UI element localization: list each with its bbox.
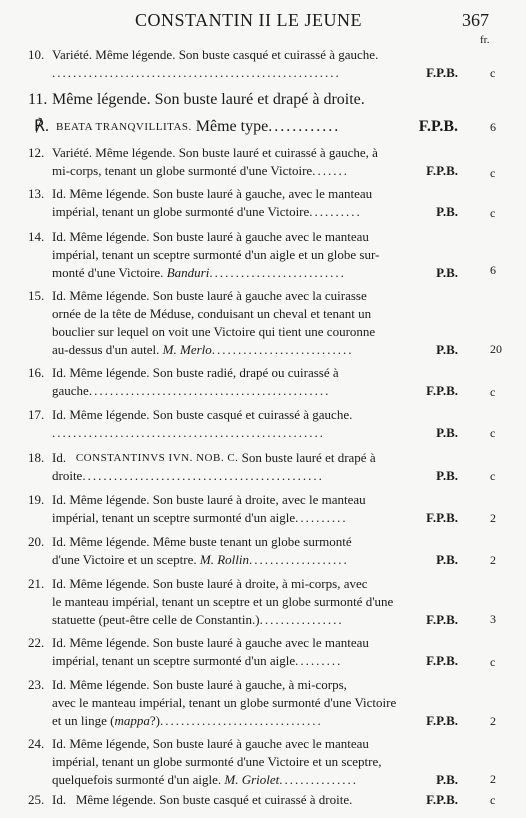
page-header: CONSTANTIN II LE JEUNE 367: [0, 10, 526, 34]
rarity-value: c: [490, 206, 495, 221]
entry-reverse: ℟. BEATA TRANQVILLITAS. Même type.......…: [28, 116, 458, 138]
metal-code: F.P.B.: [426, 611, 458, 629]
entry-number: 17.: [28, 406, 44, 424]
dot-leader: ................: [260, 611, 427, 629]
rarity-value: 3: [490, 612, 496, 627]
entry-10: 10.Variété. Même légende. Son buste casq…: [28, 46, 458, 82]
entry-text: le manteau impérial, tenant un sceptre e…: [52, 593, 393, 611]
source-reference: Banduri: [167, 264, 210, 282]
entry-text: impérial, tenant un sceptre surmonté d'u…: [52, 652, 295, 670]
metal-code: F.P.B.: [426, 382, 458, 400]
dot-leader: ...................: [249, 551, 436, 569]
source-reference: M. Rollin: [200, 551, 249, 569]
entry-25: 25.Id. Même légende. Son buste casqué et…: [28, 791, 458, 809]
entry-19: 19.Id. Même légende. Son buste lauré à d…: [28, 491, 458, 527]
rarity-value: c: [490, 655, 495, 670]
rarity-value: c: [490, 385, 495, 400]
metal-code: F.P.B.: [426, 509, 458, 527]
entry-number: 19.: [28, 491, 44, 509]
entry-12: 12.Variété. Même légende. Son buste laur…: [28, 144, 458, 180]
entry-number: 24.: [28, 735, 44, 753]
rarity-value: c: [490, 66, 495, 81]
metal-code: F.P.B.: [426, 162, 458, 180]
dot-leader: ........................................…: [89, 382, 426, 400]
entry-number: 13.: [28, 185, 44, 203]
rarity-value: 2: [490, 772, 496, 787]
dot-leader: ..........: [295, 509, 426, 527]
entry-text: impérial, tenant un sceptre surmonté d'u…: [52, 246, 379, 264]
dot-leader: ........................................…: [52, 64, 426, 82]
metal-code: F.P.B.: [426, 791, 458, 809]
entry-18: 18.Id. CONSTANTINVS IVN. NOB. C. Son bus…: [28, 449, 458, 485]
entry-text: impérial, tenant un globe surmonté d'une…: [52, 203, 309, 221]
entry-number: 18.: [28, 449, 44, 467]
rarity-value: 6: [490, 120, 496, 135]
entry-14: 14.Id. Même légende. Son buste lauré à g…: [28, 228, 458, 282]
metal-code: F.P.B.: [426, 652, 458, 670]
metal-code: P.B.: [436, 551, 458, 569]
entry-number: 12.: [28, 144, 44, 162]
entry-text: avec le manteau impérial, tenant un glob…: [52, 694, 396, 712]
dot-leader: .......: [312, 162, 426, 180]
rarity-value: 20: [490, 342, 502, 357]
metal-code: F.P.B.: [419, 116, 458, 138]
entry-text: ornée de la tête de Méduse, conduisant u…: [52, 305, 371, 323]
metal-code: P.B.: [436, 264, 458, 282]
dot-leader: ...............................: [160, 712, 426, 730]
entry-text: Variété. Même légende. Son buste lauré e…: [52, 144, 378, 162]
metal-code: P.B.: [436, 203, 458, 221]
entry-16: 16.Id. Même légende. Son buste radié, dr…: [28, 364, 458, 400]
entry-text: Id. Même légende. Son buste lauré à droi…: [52, 575, 368, 593]
dot-leader: ..........................: [209, 264, 436, 282]
metal-code: P.B.: [436, 771, 458, 789]
entry-22: 22.Id. Même légende. Son buste lauré à g…: [28, 634, 458, 670]
legend-text: CONSTANTINVS IVN. NOB. C.: [76, 449, 239, 467]
entry-23: 23.Id. Même légende. Son buste lauré à g…: [28, 676, 458, 730]
page-number: 367: [462, 10, 489, 31]
entry-text: Id. Même légende. Son buste casqué et cu…: [52, 406, 352, 424]
entry-21: 21.Id. Même légende. Son buste lauré à d…: [28, 575, 458, 629]
currency-label: fr.: [480, 34, 489, 46]
metal-code: F.P.B.: [426, 712, 458, 730]
entry-text: au-dessus d'un autel.: [52, 341, 159, 359]
entry-text: droite: [52, 467, 82, 485]
entry-text: quelquefois surmonté d'un aigle.: [52, 771, 221, 789]
rarity-value: 6: [490, 263, 496, 278]
entry-text: Même légende. Son buste lauré et drapé à…: [52, 89, 365, 111]
entry-text: d'une Victoire et un sceptre.: [52, 551, 197, 569]
entry-text: Même type: [196, 116, 268, 138]
entry-24: 24.Id. Même légende, Son buste lauré à g…: [28, 735, 458, 789]
entry-text: Id. Même légende. Son buste lauré à gauc…: [52, 287, 367, 305]
entry-text: Variété. Même légende. Son buste casqué …: [52, 46, 378, 64]
entry-text: Id. Même légende. Son buste radié, drapé…: [52, 364, 339, 382]
entry-number: 11.: [28, 89, 47, 111]
rarity-value: c: [490, 469, 495, 484]
entry-15: 15.Id. Même légende. Son buste lauré à g…: [28, 287, 458, 359]
entry-number: 25.: [28, 791, 44, 809]
rarity-value: c: [490, 426, 495, 441]
entry-13: 13.Id. Même légende. Son buste lauré à g…: [28, 185, 458, 221]
dot-leader: .........: [295, 652, 426, 670]
rarity-value: c: [490, 793, 495, 808]
entry-text: ?): [150, 712, 160, 730]
source-reference: M. Merlo: [163, 341, 212, 359]
dot-leader: ........................................…: [52, 424, 436, 442]
metal-code: P.B.: [436, 424, 458, 442]
entry-text: Id. Même légende. Son buste casqué et cu…: [52, 791, 352, 809]
legend-text: BEATA TRANQVILLITAS.: [56, 116, 192, 138]
entry-text: et un linge (: [52, 712, 114, 730]
source-reference: M. Griolet: [224, 771, 279, 789]
entry-text: Son buste lauré et drapé à: [242, 449, 376, 467]
entry-text: mi-corps, tenant un globe surmonté d'une…: [52, 162, 312, 180]
entry-17: 17.Id. Même légende. Son buste casqué et…: [28, 406, 458, 442]
entry-text: Id.: [52, 449, 76, 467]
entry-text: Id. Même légende. Son buste lauré à gauc…: [52, 185, 372, 203]
dot-leader: ...........................: [212, 341, 436, 359]
entry-text: bouclier sur lequel on voit une Victoire…: [52, 323, 375, 341]
entry-number: 21.: [28, 575, 44, 593]
metal-code: P.B.: [436, 467, 458, 485]
running-title: CONSTANTIN II LE JEUNE: [135, 10, 362, 31]
entry-text: Id. Même légende. Son buste lauré à droi…: [52, 491, 366, 509]
entry-text: statuette (peut-être celle de Constantin…: [52, 611, 260, 629]
dot-leader: ........................................…: [82, 467, 436, 485]
catalog-page: CONSTANTIN II LE JEUNE 367 fr. 10.Variét…: [0, 0, 526, 818]
dot-leader: ...............: [279, 771, 436, 789]
entry-number: 23.: [28, 676, 44, 694]
entry-number: 22.: [28, 634, 44, 652]
entry-text: Id. Même légende. Son buste lauré à gauc…: [52, 634, 369, 652]
entry-text: gauche: [52, 382, 89, 400]
reverse-symbol: ℟.: [34, 116, 49, 138]
metal-code: F.P.B.: [426, 64, 458, 82]
entry-text: monté d'une Victoire.: [52, 264, 163, 282]
entry-number: 16.: [28, 364, 44, 382]
dot-leader: ............: [268, 116, 419, 138]
entry-text: Id. Même légende. Même buste tenant un g…: [52, 533, 352, 551]
entry-number: 14.: [28, 228, 44, 246]
entry-number: 10.: [28, 46, 44, 64]
italic-term: mappa: [114, 712, 149, 730]
rarity-value: 2: [490, 511, 496, 526]
rarity-value: 2: [490, 714, 496, 729]
entry-text: Id. Même légende. Son buste lauré à gauc…: [52, 228, 369, 246]
entry-text: Id. Même légende. Son buste lauré à gauc…: [52, 676, 347, 694]
entry-number: 15.: [28, 287, 44, 305]
entry-text: impérial, tenant un sceptre surmonté d'u…: [52, 509, 295, 527]
entry-11: 11.Même légende. Son buste lauré et drap…: [28, 89, 458, 111]
rarity-value: 2: [490, 553, 496, 568]
entry-20: 20.Id. Même légende. Même buste tenant u…: [28, 533, 458, 569]
rarity-value: c: [490, 166, 495, 181]
entry-text: impérial, tenant un globe surmonté d'une…: [52, 753, 381, 771]
entry-number: 20.: [28, 533, 44, 551]
entry-text: Id. Même légende, Son buste lauré à gauc…: [52, 735, 369, 753]
dot-leader: ..........: [309, 203, 436, 221]
metal-code: P.B.: [436, 341, 458, 359]
